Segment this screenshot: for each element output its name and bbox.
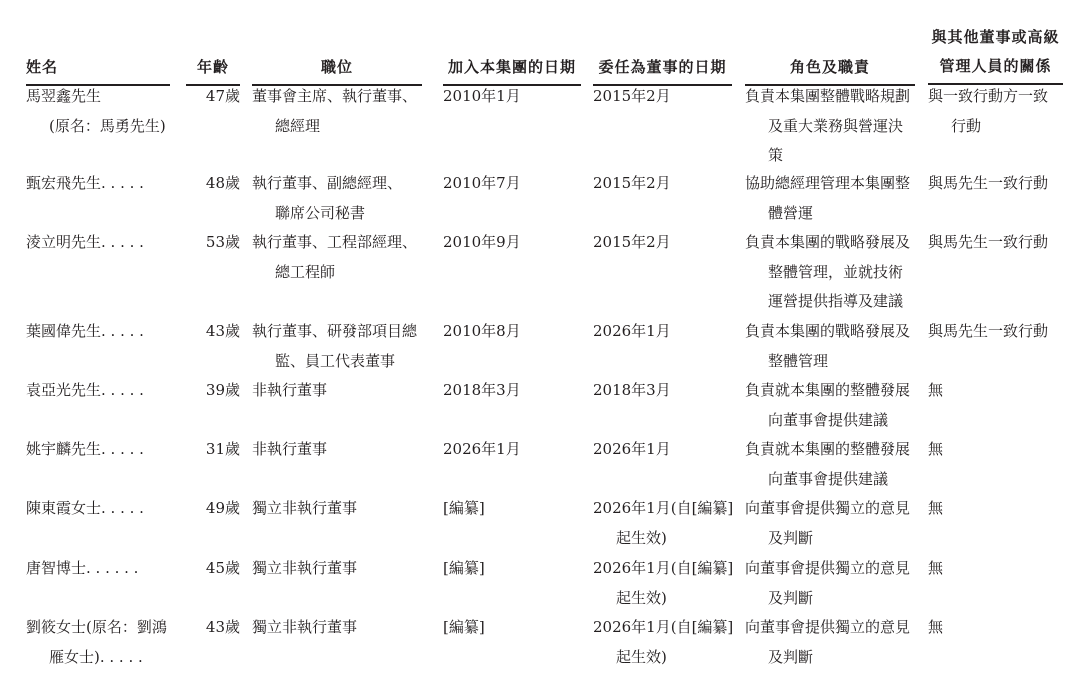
cell-roles: 向董事會提供獨立的意見 及判斷 xyxy=(745,554,910,613)
relationship-text: 行動 xyxy=(928,112,1048,142)
cell-roles: 向董事會提供獨立的意見 及判斷 xyxy=(745,494,910,553)
cell-age: 45歲 xyxy=(186,554,240,584)
roles-text: 及判斷 xyxy=(745,643,910,673)
cell-join-date: [編纂] xyxy=(443,554,485,584)
roles-text: 向董事會提供獨立的意見 xyxy=(745,494,910,524)
roles-text: 負責就本集團的整體發展 xyxy=(745,376,910,406)
cell-appointment-date: 2015年2月 xyxy=(593,228,671,258)
roles-text: 向董事會提供建議 xyxy=(745,465,910,495)
cell-appointment-date: 2018年3月 xyxy=(593,376,671,406)
cell-name: 葉國偉先生. . . . . xyxy=(26,317,144,347)
directors-table: 姓名 年齡 職位 加入本集團的日期 委任為董事的日期 角色及職責 與其他董事或高… xyxy=(0,0,1088,682)
position-text: 監、員工代表董事 xyxy=(252,347,417,377)
cell-roles: 負責就本集團的整體發展 向董事會提供建議 xyxy=(745,435,910,494)
cell-position: 執行董事、工程部經理、 總工程師 xyxy=(252,228,417,287)
position-text: 執行董事、工程部經理、 xyxy=(252,228,417,258)
header-age: 年齡 xyxy=(186,53,240,82)
header-relationship-line2: 管理人員的關係 xyxy=(928,52,1063,81)
cell-age: 39歲 xyxy=(186,376,240,406)
cell-join-date: 2010年7月 xyxy=(443,169,521,199)
header-relationship: 與其他董事或高級 管理人員的關係 xyxy=(928,23,1063,81)
cell-roles: 協助總經理管理本集團整 體營運 xyxy=(745,169,910,228)
roles-text: 協助總經理管理本集團整 xyxy=(745,169,910,199)
header-age-label: 年齡 xyxy=(197,58,229,76)
header-position-label: 職位 xyxy=(321,58,353,76)
cell-relationship: 無 xyxy=(928,613,943,643)
roles-text: 負責本集團的戰略發展及 xyxy=(745,317,910,347)
roles-text: 及重大業務與營運決 xyxy=(745,112,910,142)
cell-relationship: 無 xyxy=(928,494,943,524)
cell-name: 袁亞光先生. . . . . xyxy=(26,376,144,406)
name-text: 馬翌鑫先生 xyxy=(26,82,166,112)
appointment-text: 2026年1月(自[編纂] xyxy=(593,554,733,584)
cell-appointment-date: 2015年2月 xyxy=(593,82,671,112)
cell-name: 馬翌鑫先生 (原名：馬勇先生) xyxy=(26,82,166,141)
cell-age: 31歲 xyxy=(186,435,240,465)
cell-position: 獨立非執行董事 xyxy=(252,554,357,584)
cell-join-date: [編纂] xyxy=(443,613,485,643)
cell-relationship: 與馬先生一致行動 xyxy=(928,169,1048,199)
roles-text: 向董事會提供獨立的意見 xyxy=(745,613,910,643)
appointment-text: 2026年1月(自[編纂] xyxy=(593,613,733,643)
cell-join-date: [編纂] xyxy=(443,494,485,524)
roles-text: 整體管理，並就技術 xyxy=(745,258,910,288)
cell-name: 陳東霞女士. . . . . xyxy=(26,494,144,524)
cell-age: 43歲 xyxy=(186,613,240,643)
cell-age: 47歲 xyxy=(186,82,240,112)
cell-name: 唐智博士. . . . . . xyxy=(26,554,138,584)
cell-relationship: 與一致行動方一致 行動 xyxy=(928,82,1048,141)
name-text: 劉筱女士(原名：劉鴻 xyxy=(26,613,167,643)
cell-roles: 向董事會提供獨立的意見 及判斷 xyxy=(745,613,910,672)
cell-position: 非執行董事 xyxy=(252,435,327,465)
cell-age: 53歲 xyxy=(186,228,240,258)
cell-roles: 負責本集團整體戰略規劃 及重大業務與營運決 策 xyxy=(745,82,910,171)
cell-join-date: 2010年9月 xyxy=(443,228,521,258)
cell-join-date: 2010年1月 xyxy=(443,82,521,112)
appointment-text: 起生效) xyxy=(593,524,733,554)
roles-text: 體營運 xyxy=(745,199,910,229)
header-join-date: 加入本集團的日期 xyxy=(443,53,581,82)
header-roles: 角色及職責 xyxy=(745,53,915,82)
cell-age: 43歲 xyxy=(186,317,240,347)
roles-text: 及判斷 xyxy=(745,584,910,614)
header-position: 職位 xyxy=(252,53,422,82)
appointment-text: 起生效) xyxy=(593,643,733,673)
cell-age: 48歲 xyxy=(186,169,240,199)
cell-appointment-date: 2026年1月 xyxy=(593,317,671,347)
relationship-text: 與一致行動方一致 xyxy=(928,82,1048,112)
position-text: 聯席公司秘書 xyxy=(252,199,402,229)
cell-relationship: 無 xyxy=(928,376,943,406)
header-appointment-date: 委任為董事的日期 xyxy=(593,53,732,82)
cell-position: 獨立非執行董事 xyxy=(252,494,357,524)
roles-text: 及判斷 xyxy=(745,524,910,554)
cell-roles: 負責本集團的戰略發展及 整體管理 xyxy=(745,317,910,376)
cell-relationship: 與馬先生一致行動 xyxy=(928,317,1048,347)
name-text: 雁女士). . . . . xyxy=(26,643,167,673)
header-name-label: 姓名 xyxy=(26,58,58,76)
cell-name: 淩立明先生. . . . . xyxy=(26,228,144,258)
roles-text: 向董事會提供建議 xyxy=(745,406,910,436)
cell-name: 甄宏飛先生. . . . . xyxy=(26,169,144,199)
roles-text: 整體管理 xyxy=(745,347,910,377)
cell-position: 董事會主席、執行董事、 總經理 xyxy=(252,82,417,141)
cell-appointment-date: 2026年1月(自[編纂] 起生效) xyxy=(593,554,733,613)
cell-join-date: 2018年3月 xyxy=(443,376,521,406)
cell-appointment-date: 2026年1月(自[編纂] 起生效) xyxy=(593,613,733,672)
cell-relationship: 無 xyxy=(928,435,943,465)
cell-name: 姚宇麟先生. . . . . xyxy=(26,435,144,465)
roles-text: 向董事會提供獨立的意見 xyxy=(745,554,910,584)
cell-position: 執行董事、研發部項目總 監、員工代表董事 xyxy=(252,317,417,376)
position-text: 董事會主席、執行董事、 xyxy=(252,82,417,112)
cell-appointment-date: 2015年2月 xyxy=(593,169,671,199)
cell-name: 劉筱女士(原名：劉鴻 雁女士). . . . . xyxy=(26,613,167,672)
roles-text: 運營提供指導及建議 xyxy=(745,287,910,317)
cell-appointment-date: 2026年1月 xyxy=(593,435,671,465)
position-text: 執行董事、副總經理、 xyxy=(252,169,402,199)
header-relationship-line1: 與其他董事或高級 xyxy=(928,23,1063,52)
roles-text: 負責就本集團的整體發展 xyxy=(745,435,910,465)
header-name: 姓名 xyxy=(26,53,170,82)
position-text: 總工程師 xyxy=(252,258,417,288)
roles-text: 負責本集團整體戰略規劃 xyxy=(745,82,910,112)
cell-join-date: 2026年1月 xyxy=(443,435,521,465)
roles-text: 策 xyxy=(745,141,910,171)
cell-relationship: 無 xyxy=(928,554,943,584)
appointment-text: 2026年1月(自[編纂] xyxy=(593,494,733,524)
roles-text: 負責本集團的戰略發展及 xyxy=(745,228,910,258)
cell-relationship: 與馬先生一致行動 xyxy=(928,228,1048,258)
cell-join-date: 2010年8月 xyxy=(443,317,521,347)
cell-appointment-date: 2026年1月(自[編纂] 起生效) xyxy=(593,494,733,553)
cell-position: 獨立非執行董事 xyxy=(252,613,357,643)
cell-position: 執行董事、副總經理、 聯席公司秘書 xyxy=(252,169,402,228)
cell-position: 非執行董事 xyxy=(252,376,327,406)
header-join-date-label: 加入本集團的日期 xyxy=(448,58,576,76)
position-text: 總經理 xyxy=(252,112,417,142)
cell-roles: 負責本集團的戰略發展及 整體管理，並就技術 運營提供指導及建議 xyxy=(745,228,910,317)
cell-age: 49歲 xyxy=(186,494,240,524)
header-roles-label: 角色及職責 xyxy=(790,58,870,76)
cell-roles: 負責就本集團的整體發展 向董事會提供建議 xyxy=(745,376,910,435)
appointment-text: 起生效) xyxy=(593,584,733,614)
position-text: 執行董事、研發部項目總 xyxy=(252,317,417,347)
former-name-text: (原名：馬勇先生) xyxy=(26,112,166,142)
header-appointment-date-label: 委任為董事的日期 xyxy=(598,58,726,76)
